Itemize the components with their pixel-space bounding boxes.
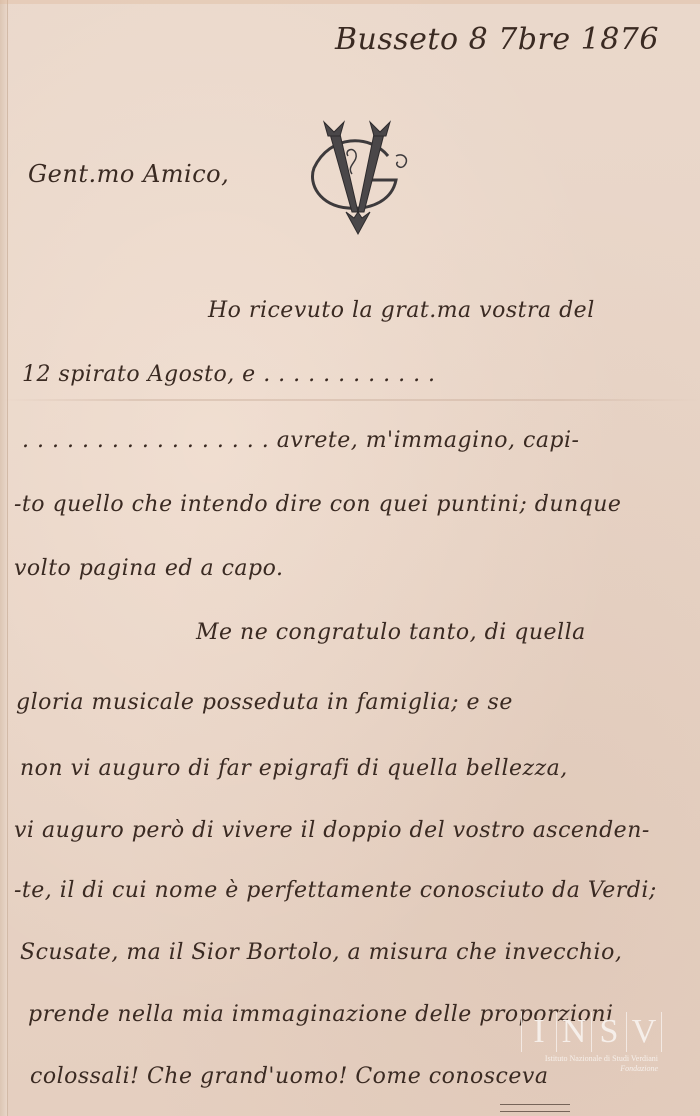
letter-line: gloria musicale posseduta in famiglia; e… [16,690,513,715]
watermark-letter: S [591,1012,626,1052]
paper-fold-line [0,399,700,401]
letter-page: Busseto 8 7bre 1876 Gent.mo Amico, Ho ri… [0,0,700,1116]
gv-monogram-icon [300,116,415,236]
letter-line: colossali! Che grand'uomo! Come conoscev… [30,1064,548,1089]
salutation: Gent.mo Amico, [28,160,229,188]
date-line: Busseto 8 7bre 1876 [335,22,659,57]
letter-line: Ho ricevuto la grat.ma vostra del [208,298,595,323]
letter-line: volto pagina ed a capo. [14,556,283,581]
watermark-letter: I [521,1012,556,1052]
letter-line: 12 spirato Agosto, e . . . . . . . . . .… [22,362,436,387]
letter-line: non vi auguro di far epigrafi di quella … [20,756,568,781]
underline-flourish [500,1104,570,1112]
watermark-subtitle: Fondazione [512,1064,662,1074]
letter-line: . . . . . . . . . . . . . . . . . avrete… [22,428,580,453]
watermark-logo: I N S V [512,1012,662,1052]
letter-line: Scusate, ma il Sior Bortolo, a misura ch… [20,940,622,965]
watermark-institution: Istituto Nazionale di Studi Verdiani [512,1054,662,1064]
insv-watermark: I N S V Istituto Nazionale di Studi Verd… [512,1012,662,1078]
letter-line: Me ne congratulo tanto, di quella [196,620,586,645]
paper-left-edge [0,0,8,1116]
letter-line: vi auguro però di vivere il doppio del v… [14,818,650,843]
watermark-letter: V [626,1012,662,1052]
letter-line: -te, il di cui nome è perfettamente cono… [14,878,657,903]
letter-line: -to quello che intendo dire con quei pun… [14,492,621,517]
paper-top-edge [0,0,700,4]
watermark-letter: N [556,1012,591,1052]
